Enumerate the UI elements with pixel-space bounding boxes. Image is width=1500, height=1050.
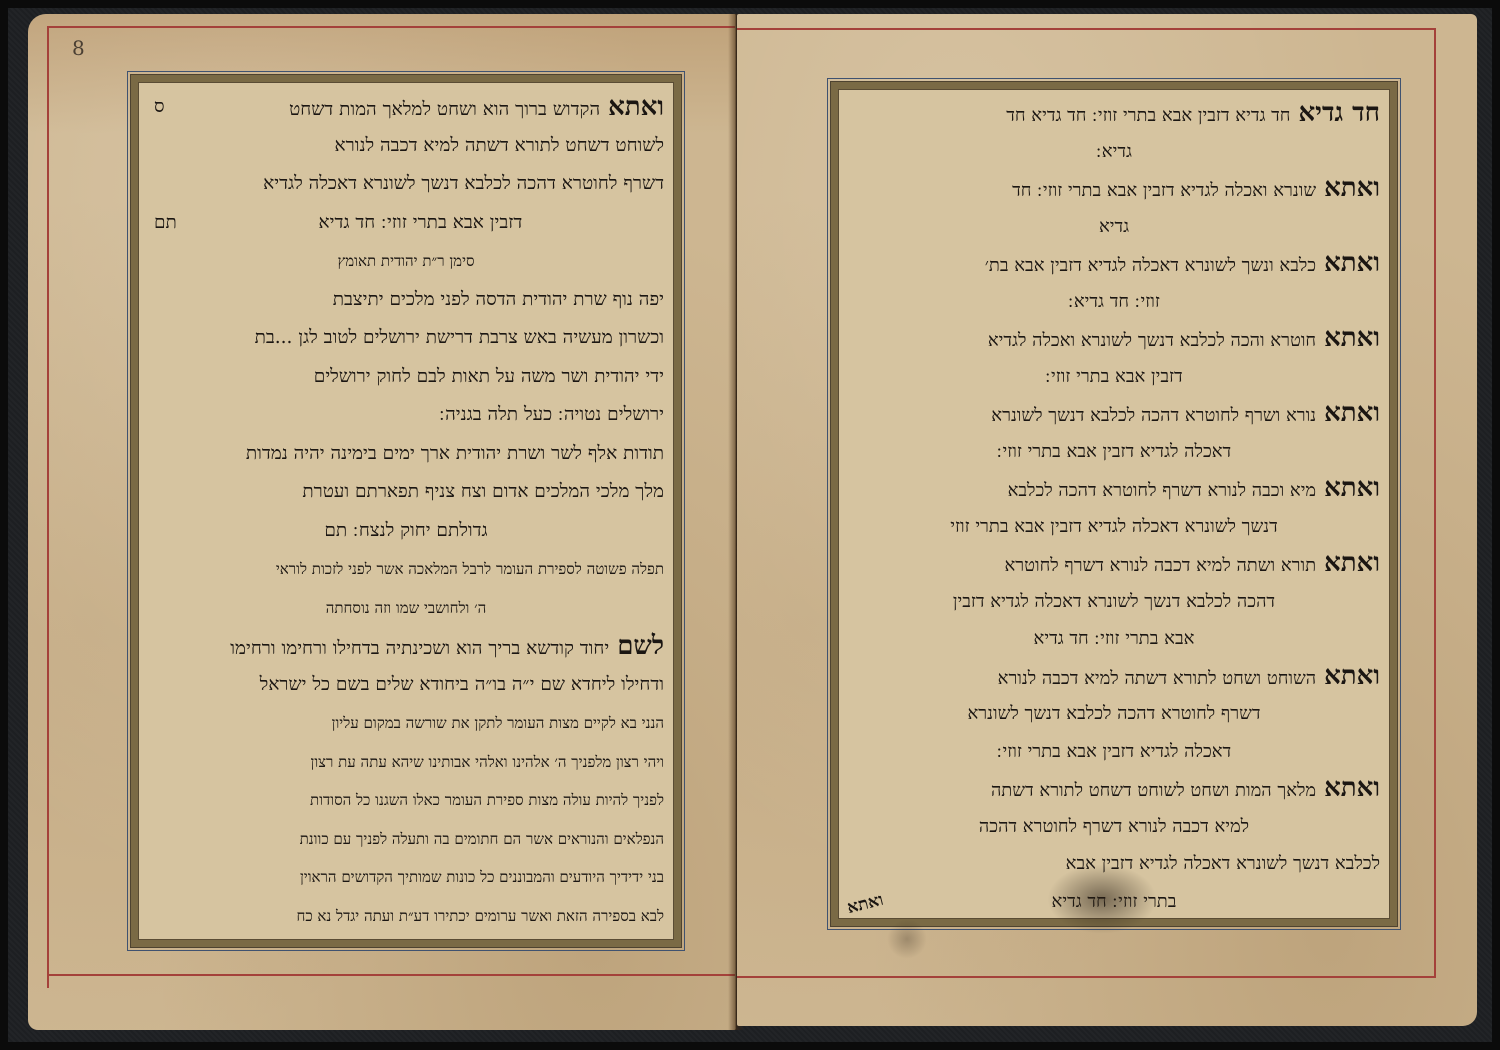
line-text: דזבין אבא בתרי זוזי ׃ xyxy=(1045,366,1182,387)
manuscript-line: סימן ר״ת יהודית תאומץ xyxy=(148,242,664,281)
left-page: 8 ואתאהקדוש ברוך הוא ושחט למלאך המות דשח… xyxy=(28,14,736,1030)
manuscript-line: ואתאהקדוש ברוך הוא ושחט למלאך המות דשחטס xyxy=(148,88,664,127)
manuscript-line: לפניך להיות עולה מצות ספירת העומר כאלו ה… xyxy=(148,781,664,820)
manuscript-line: דאכלה לגדיא דזבין אבא בתרי זוזי ׃ xyxy=(848,733,1380,771)
lead-word: ואתא xyxy=(608,92,664,122)
page-number: 8 xyxy=(72,36,85,60)
manuscript-line: גדיא xyxy=(848,208,1380,246)
line-text: יחוד קודשא בריך הוא ושכינתיה בדחילו ורחי… xyxy=(230,638,609,659)
manuscript-line: דהכה לכלבא דנשך לשונרא דאכלה לגדיא דזבין xyxy=(848,583,1380,621)
manuscript-line: ואתאתורא ושתה למיא דכבה לנורא דשרף לחוטר… xyxy=(848,545,1380,583)
frame-band: ואתאהקדוש ברוך הוא ושחט למלאך המות דשחטס… xyxy=(131,75,681,947)
red-margin-rule-right xyxy=(1434,28,1436,978)
line-text: מלך מלכי המלכים אדום וצח צניף תפארתם ועט… xyxy=(302,481,664,502)
manuscript-line: גדיא ׃ xyxy=(848,133,1380,171)
manuscript-line: דזבין אבא בתרי זוזי ׃ חד גדיאתם xyxy=(148,204,664,243)
line-text: הנפלאים והנוראים אשר הם חתומים בה ותעלה … xyxy=(300,830,664,848)
manuscript-line: הנפלאים והנוראים אשר הם חתומים בה ותעלה … xyxy=(148,820,664,859)
manuscript-line: ואתאנורא ושרף לחוטרא דהכה לכלבא דנשך לשו… xyxy=(848,395,1380,433)
line-text: גדולתם יחוק לנצח ׃ תם xyxy=(324,520,487,541)
lead-word: ואתא xyxy=(1324,473,1380,503)
left-text-block: ואתאהקדוש ברוך הוא ושחט למלאך המות דשחטס… xyxy=(148,88,664,934)
line-text: לפניך להיות עולה מצות ספירת העומר כאלו ה… xyxy=(310,791,664,809)
manuscript-line: זוזי ׃ חד גדיא ׃ xyxy=(848,283,1380,321)
manuscript-line: חד גדיאחד גדיא דזבין אבא בתרי זוזי ׃ חד … xyxy=(848,95,1380,133)
line-text: דהכה לכלבא דנשך לשונרא דאכלה לגדיא דזבין xyxy=(953,591,1275,612)
red-margin-rule-top xyxy=(47,26,735,28)
manuscript-line: לבא בספירה הזאת ואשר ערומים יכתירו דע״ת … xyxy=(148,897,664,936)
manuscript-line: למיא דכבה לנורא דשרף לחוטרא דהכה xyxy=(848,808,1380,846)
manuscript-line: הנני בא לקיים מצות העומר לתקן את שורשה ב… xyxy=(148,704,664,743)
manuscript-line: דשרף לחוטרא דהכה לכלבא דנשך לשונרא דאכלה… xyxy=(148,165,664,204)
line-text: דאכלה לגדיא דזבין אבא בתרי זוזי ׃ xyxy=(997,441,1231,462)
line-end-mark: תם xyxy=(154,204,177,243)
line-end-mark: ס xyxy=(154,88,165,127)
line-text: ידי יהודית ושר משה על תאות לבם לחוק ירוש… xyxy=(314,366,664,387)
manuscript-line: דזבין אבא בתרי זוזי ׃ xyxy=(848,358,1380,396)
line-text: שונרא ואכלה לגדיא דזבין אבא בתרי זוזי ׃ … xyxy=(1012,180,1316,201)
ink-smudge xyxy=(1047,864,1157,934)
manuscript-line: ה׳ ולחושבי שמו וזה נוסחתה xyxy=(148,589,664,628)
red-margin-rule-bottom xyxy=(47,974,735,976)
manuscript-line: ואתאחוטרא והכה לכלבא דנשך לשונרא ואכלה ל… xyxy=(848,320,1380,358)
right-text-block: חד גדיאחד גדיא דזבין אבא בתרי זוזי ׃ חד … xyxy=(848,95,1380,913)
line-text: השוחט ושחט לתורא דשתה למיא דכבה לנורא xyxy=(998,668,1316,689)
line-text: הקדוש ברוך הוא ושחט למלאך המות דשחט xyxy=(289,99,600,120)
line-text: מלאך המות ושחט לשוחט דשחט לתורא דשתה xyxy=(991,780,1316,801)
manuscript-line: ויהי רצון מלפניך ה׳ אלהינו ואלהי אבותינו… xyxy=(148,743,664,782)
text-frame-left: ואתאהקדוש ברוך הוא ושחט למלאך המות דשחטס… xyxy=(127,71,685,951)
manuscript-line: ואתאמלאך המות ושחט לשוחט דשחט לתורא דשתה xyxy=(848,770,1380,808)
ink-smudge xyxy=(887,919,927,959)
manuscript-line: אבא בתרי זוזי ׃ חד גדיא xyxy=(848,620,1380,658)
lead-word: ואתא xyxy=(1324,548,1380,578)
red-margin-rule-bottom xyxy=(737,976,1436,978)
manuscript-line: ואתאהשוחט ושחט לתורא דשתה למיא דכבה לנור… xyxy=(848,658,1380,696)
manuscript-line: לשםיחוד קודשא בריך הוא ושכינתיה בדחילו ו… xyxy=(148,627,664,666)
line-text: דנשך לשונרא דאכלה לגדיא דזבין אבא בתרי ז… xyxy=(950,516,1278,537)
line-text: זוזי ׃ חד גדיא ׃ xyxy=(1068,291,1160,312)
text-frame-right: חד גדיאחד גדיא דזבין אבא בתרי זוזי ׃ חד … xyxy=(827,78,1401,930)
manuscript-line: תודות אלף לשר ושרת יהודית ארך ימים בימינ… xyxy=(148,435,664,474)
line-text: תורא ושתה למיא דכבה לנורא דשרף לחוטרא xyxy=(1004,555,1316,576)
manuscript-line: ואתאמיא וכבה לנורא דשרף לחוטרא דהכה לכלב… xyxy=(848,470,1380,508)
line-text: תודות אלף לשר ושרת יהודית ארך ימים בימינ… xyxy=(246,443,664,464)
manuscript-line: דנשך לשונרא דאכלה לגדיא דזבין אבא בתרי ז… xyxy=(848,508,1380,546)
line-text: ה׳ ולחושבי שמו וזה נוסחתה xyxy=(326,599,486,617)
right-page: חד גדיאחד גדיא דזבין אבא בתרי זוזי ׃ חד … xyxy=(737,14,1477,1026)
manuscript-line: ודחילו ליחדא שם י״ה בו״ה ביחודא שלים בשם… xyxy=(148,666,664,705)
lead-word: ואתא xyxy=(1324,661,1380,691)
manuscript-line: יפה נוף שרת יהודית הדסה לפני מלכים יתיצב… xyxy=(148,281,664,320)
manuscript-line: בני ידידיך היודעים והמבוננים כל כונות שמ… xyxy=(148,858,664,897)
manuscript-line: לשוחט דשחט לתורא דשתה למיא דכבה לנורא xyxy=(148,127,664,166)
line-text: בני ידידיך היודעים והמבוננים כל כונות שמ… xyxy=(300,868,664,886)
line-text: ודחילו ליחדא שם י״ה בו״ה ביחודא שלים בשם… xyxy=(260,674,664,695)
manuscript-line: וכשרון מעשיה באש צרבת דרישת ירושלים לטוב… xyxy=(148,319,664,358)
line-text: מיא וכבה לנורא דשרף לחוטרא דהכה לכלבא xyxy=(1008,480,1317,501)
manuscript-line: ואתאשונרא ואכלה לגדיא דזבין אבא בתרי זוז… xyxy=(848,170,1380,208)
lead-word: ואתא xyxy=(1324,173,1380,203)
line-text: הנני בא לקיים מצות העומר לתקן את שורשה ב… xyxy=(332,714,664,732)
lead-word: ואתא xyxy=(1324,773,1380,803)
lead-word: לשם xyxy=(617,631,664,661)
line-text: דשרף לחוטרא דהכה לכלבא דנשך לשונרא דאכלה… xyxy=(263,173,664,194)
manuscript-line: דשרף לחוטרא דהכה לכלבא דנשך לשונרא xyxy=(848,695,1380,733)
manuscript-line: ואתאכלבא ונשך לשונרא דאכלה לגדיא דזבין א… xyxy=(848,245,1380,283)
line-text: כלבא ונשך לשונרא דאכלה לגדיא דזבין אבא ב… xyxy=(985,255,1316,276)
line-text: למיא דכבה לנורא דשרף לחוטרא דהכה xyxy=(979,816,1249,837)
line-text: נורא ושרף לחוטרא דהכה לכלבא דנשך לשונרא xyxy=(991,405,1316,426)
manuscript-line: ירושלים נטויה ׃ כעל תלה בגניה ׃ xyxy=(148,396,664,435)
manuscript-line: דאכלה לגדיא דזבין אבא בתרי זוזי ׃ xyxy=(848,433,1380,471)
line-text: דזבין אבא בתרי זוזי ׃ חד גדיא xyxy=(319,212,523,233)
line-text: לשוחט דשחט לתורא דשתה למיא דכבה לנורא xyxy=(335,135,664,156)
line-text: אבא בתרי זוזי ׃ חד גדיא xyxy=(1034,628,1195,649)
line-text: גדיא xyxy=(1099,216,1129,237)
line-text: חוטרא והכה לכלבא דנשך לשונרא ואכלה לגדיא xyxy=(988,330,1316,351)
lead-word: ואתא xyxy=(1324,323,1380,353)
line-text: וכשרון מעשיה באש צרבת דרישת ירושלים לטוב… xyxy=(255,327,664,348)
lead-word: ואתא xyxy=(1324,398,1380,428)
manuscript-line: ידי יהודית ושר משה על תאות לבם לחוק ירוש… xyxy=(148,358,664,397)
lead-word: ואתא xyxy=(1324,248,1380,278)
red-margin-rule-left xyxy=(47,26,49,988)
manuscript-line: מלך מלכי המלכים אדום וצח צניף תפארתם ועט… xyxy=(148,473,664,512)
manuscript-line: תפלה פשוטה לספירת העומר לרבל המלאכה אשר … xyxy=(148,550,664,589)
line-text: דשרף לחוטרא דהכה לכלבא דנשך לשונרא xyxy=(967,703,1260,724)
line-text: חד גדיא דזבין אבא בתרי זוזי ׃ חד גדיא חד xyxy=(1006,105,1290,126)
red-margin-rule-top xyxy=(737,28,1436,30)
lead-word: חד גדיא xyxy=(1298,98,1380,128)
line-text: גדיא ׃ xyxy=(1096,141,1132,162)
line-text: תפלה פשוטה לספירת העומר לרבל המלאכה אשר … xyxy=(276,560,664,578)
line-text: יפה נוף שרת יהודית הדסה לפני מלכים יתיצב… xyxy=(333,289,664,310)
manuscript-line: גדולתם יחוק לנצח ׃ תם xyxy=(148,512,664,551)
frame-band: חד גדיאחד גדיא דזבין אבא בתרי זוזי ׃ חד … xyxy=(831,82,1397,926)
line-text: סימן ר״ת יהודית תאומץ xyxy=(337,252,474,270)
line-text: דאכלה לגדיא דזבין אבא בתרי זוזי ׃ xyxy=(997,741,1231,762)
line-text: ירושלים נטויה ׃ כעל תלה בגניה ׃ xyxy=(439,404,664,425)
line-text: ויהי רצון מלפניך ה׳ אלהינו ואלהי אבותינו… xyxy=(311,753,665,771)
line-text: לבא בספירה הזאת ואשר ערומים יכתירו דע״ת … xyxy=(296,907,664,925)
